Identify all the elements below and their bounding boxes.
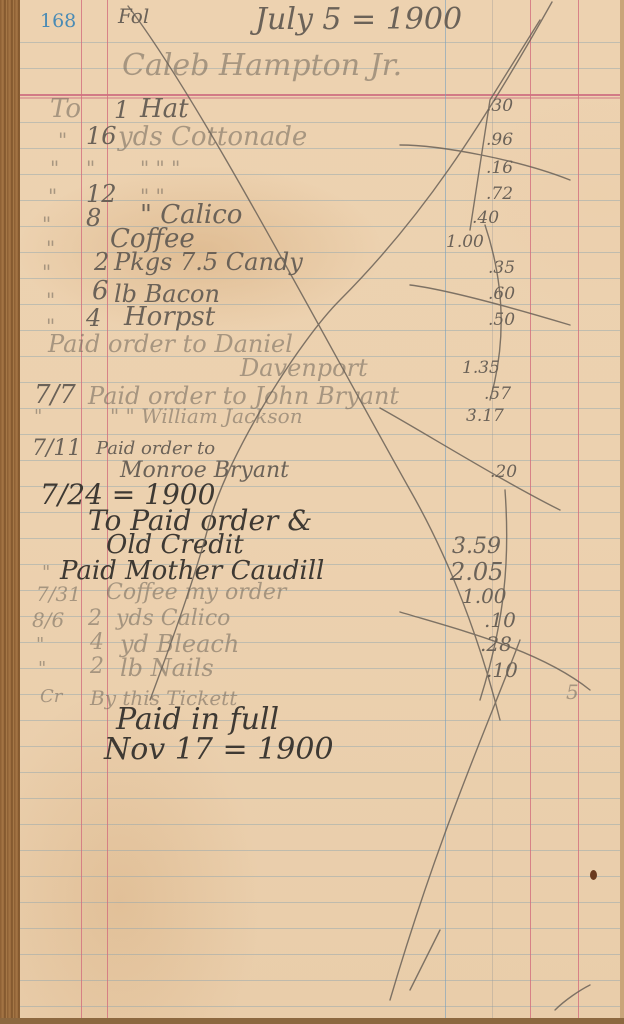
ink-spot [590,870,597,880]
cross-out-strokes [0,0,624,1024]
ledger-page: 168 Fol July 5 = 1900 Caleb Hampton Jr. … [0,0,624,1024]
